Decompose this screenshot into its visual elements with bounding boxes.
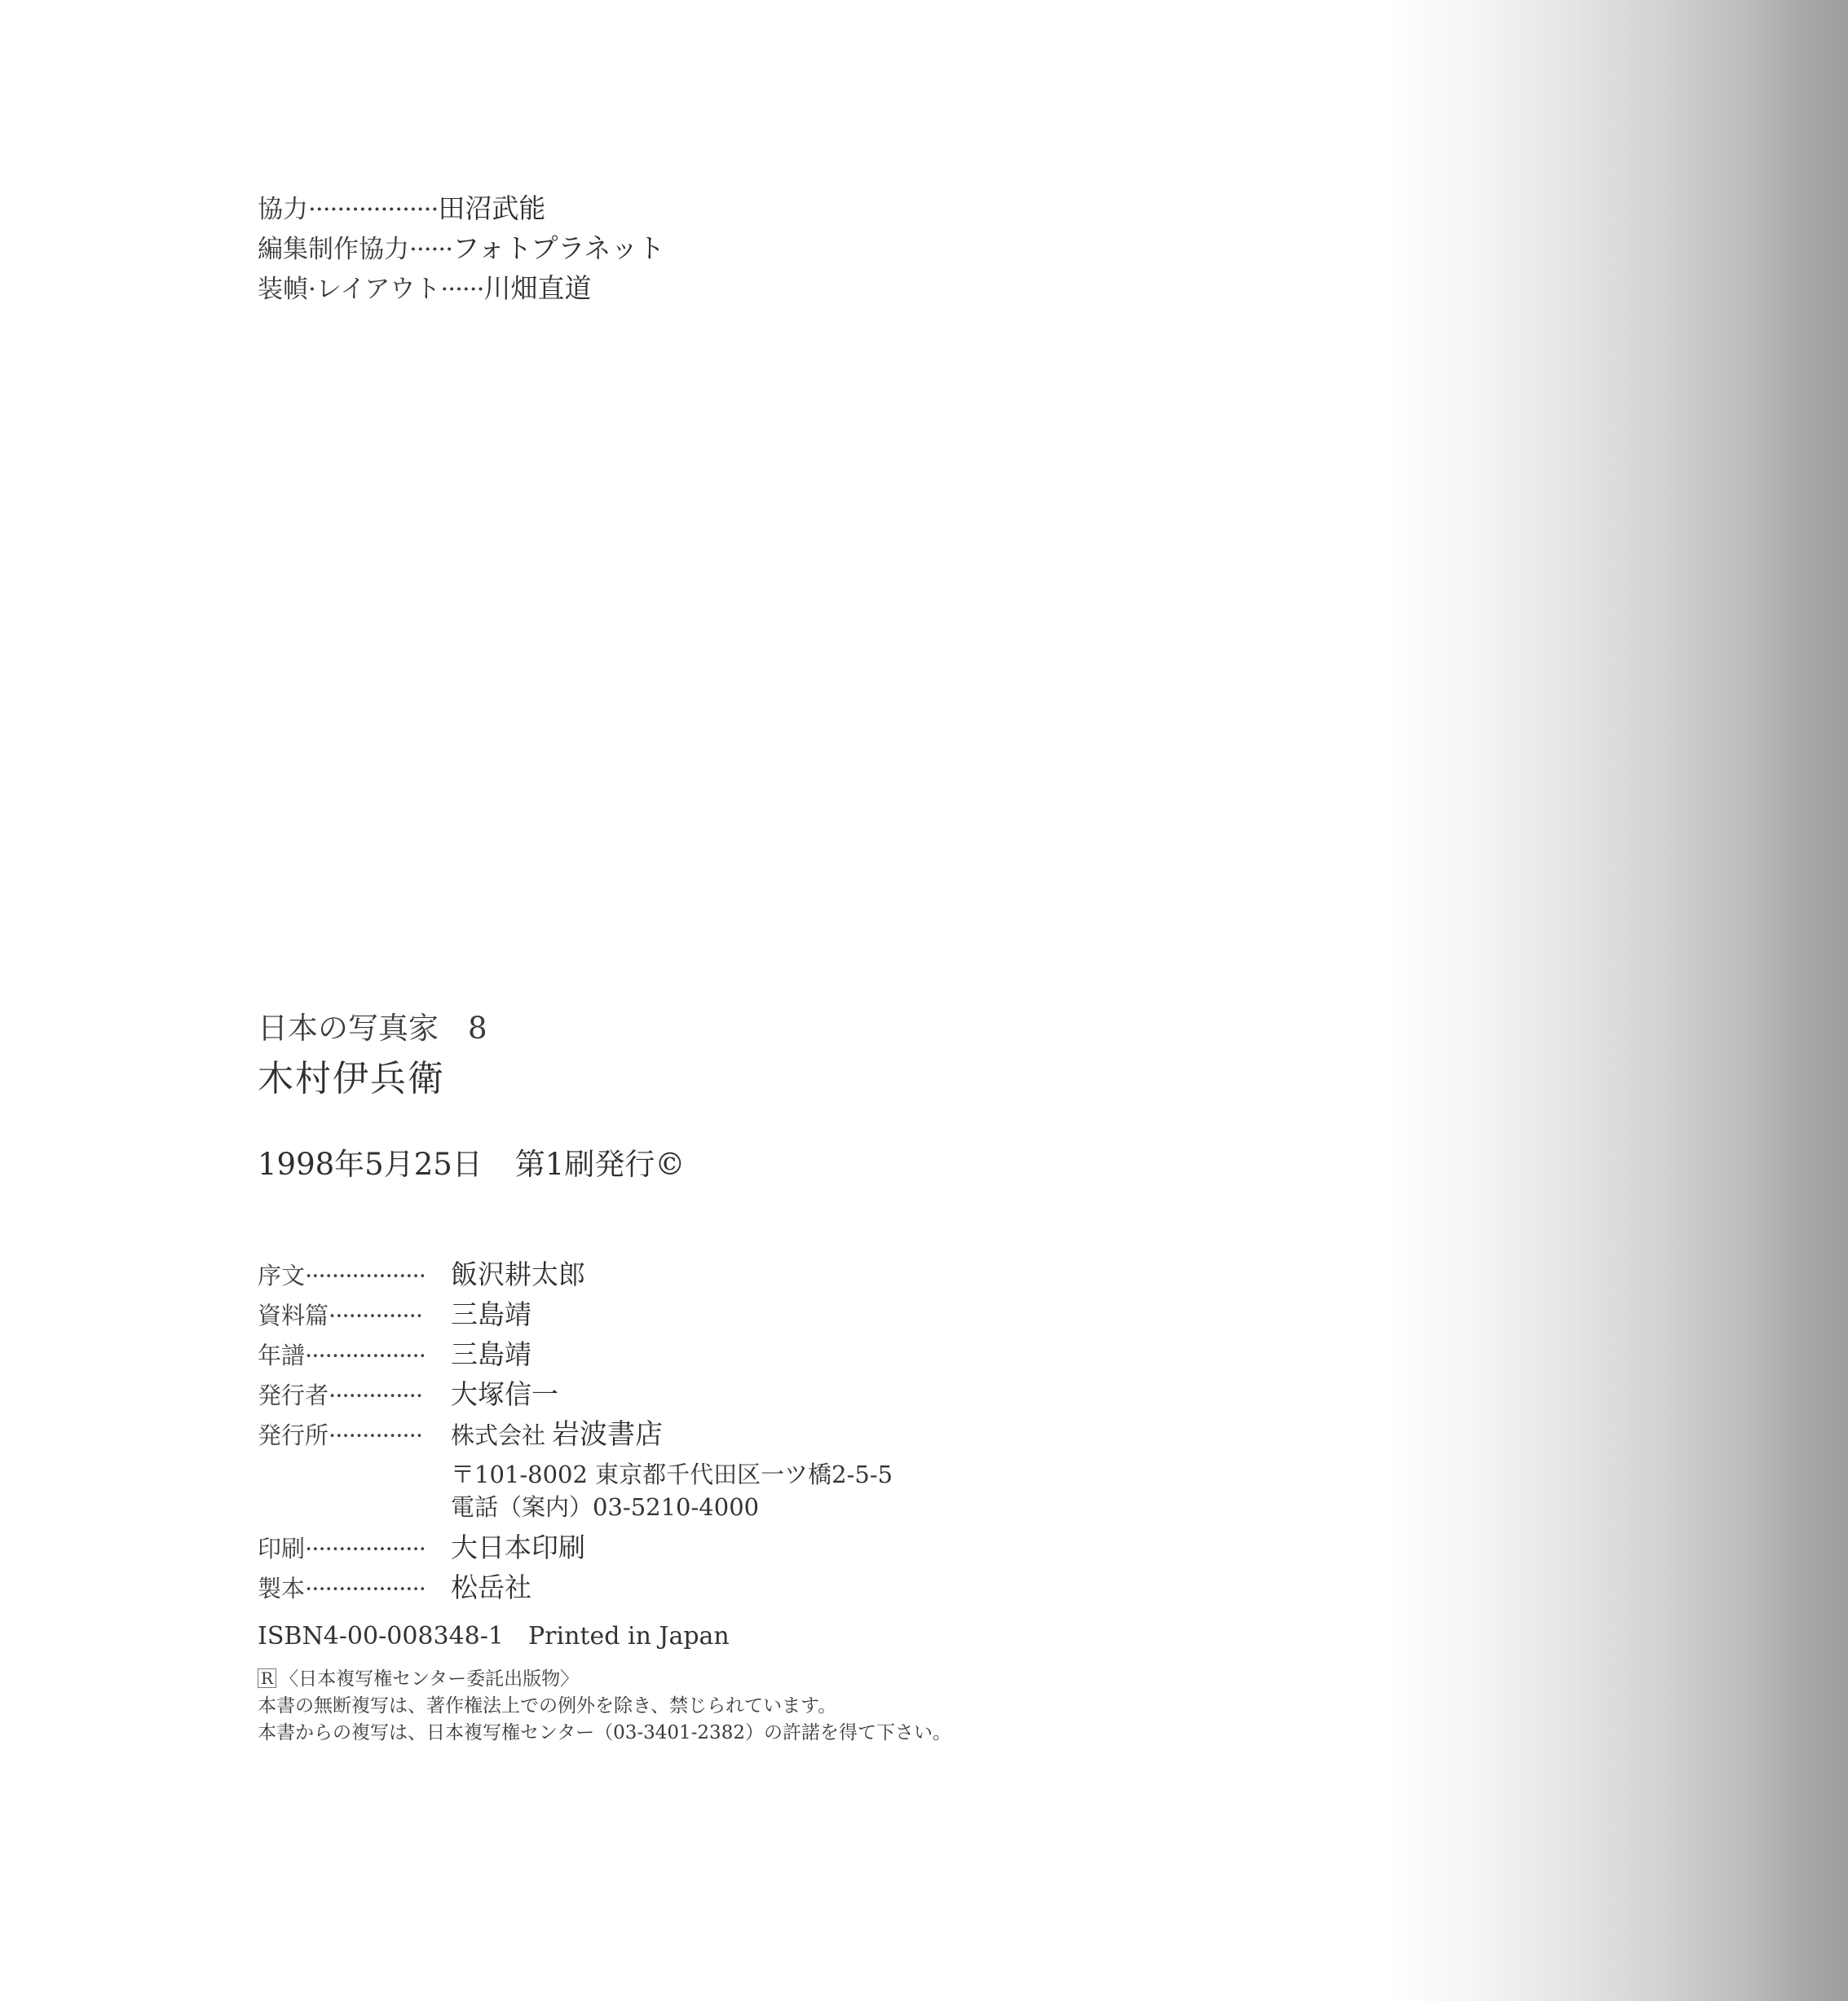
publisher-address-block: 〒101-8002 東京都千代田区一ツ橋2-5-5 電話（案内）03-5210-…	[258, 1458, 893, 1523]
credit-label: 協力	[258, 191, 308, 229]
leader-dots: ······	[440, 271, 483, 309]
credit-value: 大塚信一	[451, 1375, 558, 1413]
label-text: 序文	[258, 1262, 305, 1289]
credit-label: 発行者··············	[258, 1377, 451, 1415]
credit-row-chronology: 年譜··················三島靖	[258, 1335, 893, 1375]
credit-label: 装幀·レイアウト	[258, 271, 440, 309]
series-line: 日本の写真家8	[258, 1009, 487, 1048]
top-credits: 協力··················田沼武能 編集制作協力······フォト…	[258, 189, 665, 309]
credit-value: 三島靖	[451, 1335, 531, 1373]
credit-value: 飯沢耕太郎	[451, 1255, 585, 1294]
credit-value: 株式会社岩波書店	[451, 1415, 663, 1455]
credit-row-printing: 印刷··················大日本印刷	[258, 1528, 893, 1568]
credit-row-cooperation: 協力··················田沼武能	[258, 189, 665, 229]
isbn-code: ISBN4-00-008348-1	[258, 1622, 504, 1651]
notice-line-2: 本書の無断複写は、著作権法上での例外を除き、禁じられています。	[258, 1693, 951, 1720]
leader-dots: ··············	[329, 1377, 422, 1415]
credit-label: 編集制作協力	[258, 231, 409, 269]
credit-value: 川畑直道	[484, 269, 592, 307]
credit-label: 序文··················	[258, 1257, 451, 1295]
credit-label: 製本··················	[258, 1570, 451, 1608]
credit-row-preface: 序文··················飯沢耕太郎	[258, 1255, 893, 1295]
leader-dots: ··················	[305, 1337, 426, 1375]
label-text: 資料篇	[258, 1302, 329, 1329]
credit-row-publisher-person: 発行者··············大塚信一	[258, 1375, 893, 1415]
company-name: 岩波書店	[552, 1418, 663, 1451]
notice-heading: 〈日本複写権センター委託出版物〉	[280, 1668, 579, 1690]
credit-label: 印刷··················	[258, 1530, 451, 1568]
notice-line-1: R〈日本複写権センター委託出版物〉	[258, 1666, 951, 1693]
credit-row-book-design: 装幀·レイアウト······川畑直道	[258, 269, 665, 309]
isbn-line: ISBN4-00-008348-1Printed in Japan	[258, 1620, 730, 1653]
leader-dots: ··············	[329, 1417, 422, 1455]
credit-value: 松岳社	[451, 1568, 531, 1607]
publisher-phone: 電話（案内）03-5210-4000	[258, 1491, 893, 1523]
leader-dots: ··················	[308, 191, 438, 229]
leader-dots: ··················	[305, 1257, 426, 1295]
credit-label: 資料篇··············	[258, 1297, 451, 1335]
credit-row-editorial-cooperation: 編集制作協力······フォトプラネット	[258, 229, 665, 269]
book-title: 木村伊兵衛	[258, 1056, 445, 1102]
label-text: 発行者	[258, 1382, 329, 1409]
leader-dots: ··················	[305, 1530, 426, 1568]
series-number: 8	[468, 1011, 487, 1046]
label-text: 印刷	[258, 1535, 305, 1562]
credit-value: フォトプラネット	[452, 229, 664, 267]
copyright-notice: R〈日本複写権センター委託出版物〉 本書の無断複写は、著作権法上での例外を除き、…	[258, 1666, 951, 1747]
notice-line-3: 本書からの複写は、日本複写権センター（03-3401-2382）の許諾を得て下さ…	[258, 1720, 951, 1747]
credit-row-binding: 製本··················松岳社	[258, 1568, 893, 1608]
leader-dots: ··················	[305, 1570, 426, 1608]
credit-label: 発行所··············	[258, 1417, 451, 1455]
credit-label: 年譜··················	[258, 1337, 451, 1375]
label-text: 製本	[258, 1575, 305, 1602]
label-text: 発行所	[258, 1421, 329, 1449]
r-mark-icon: R	[258, 1668, 276, 1688]
credit-value: 田沼武能	[438, 189, 545, 227]
credit-row-materials: 資料篇··············三島靖	[258, 1295, 893, 1335]
credit-value: 三島靖	[451, 1295, 531, 1333]
credit-value: 大日本印刷	[451, 1528, 585, 1567]
printed-in: Printed in Japan	[528, 1622, 730, 1651]
edition-line: 1998年5月25日第1刷発行©	[258, 1144, 685, 1185]
publication-date: 1998年5月25日	[258, 1147, 483, 1182]
printing-info: 第1刷発行©	[515, 1147, 686, 1182]
label-text: 年譜	[258, 1342, 305, 1369]
publisher-address: 〒101-8002 東京都千代田区一ツ橋2-5-5	[258, 1458, 893, 1491]
colophon: 序文··················飯沢耕太郎 資料篇···········…	[258, 1255, 893, 1608]
leader-dots: ··············	[329, 1297, 422, 1335]
series-name: 日本の写真家	[258, 1011, 439, 1046]
leader-dots: ······	[409, 231, 452, 269]
credit-row-publishing-house: 発行所··············株式会社岩波書店	[258, 1415, 893, 1455]
company-type: 株式会社	[451, 1421, 545, 1449]
